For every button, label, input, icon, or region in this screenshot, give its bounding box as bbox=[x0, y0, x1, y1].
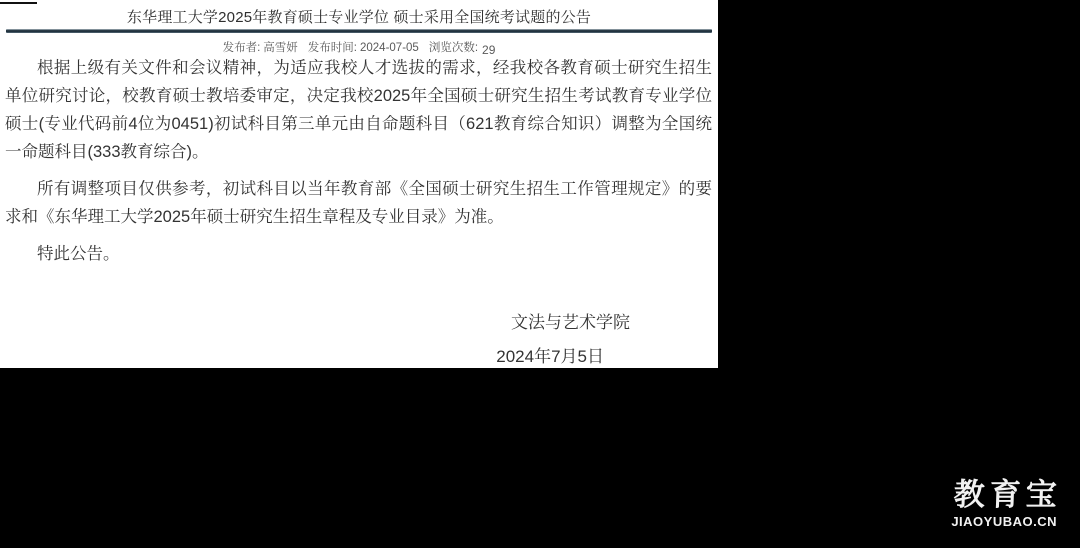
publish-meta-line: 发布者:高雪妍发布时间:2024-07-05浏览次数:29 bbox=[0, 39, 718, 55]
watermark-brand-chinese: 教育宝 bbox=[951, 479, 1063, 510]
announcement-body: 根据上级有关文件和会议精神，为适应我校人才选拔的需求，经我校各教育硕士研究生招生… bbox=[5, 54, 712, 268]
announcement-title: 东华理工大学2025年教育硕士专业学位 硕士采用全国统考试题的公告 bbox=[0, 6, 718, 27]
publish-time-value: 2024-07-05 bbox=[360, 42, 419, 54]
watermark-brand-url: JIAOYUBAO.CN bbox=[951, 515, 1057, 528]
announcement-document: 东华理工大学2025年教育硕士专业学位 硕士采用全国统考试题的公告 发布者:高雪… bbox=[0, 0, 718, 368]
publisher-name: 高雪妍 bbox=[263, 42, 298, 54]
publish-time-label: 发布时间: bbox=[308, 42, 357, 54]
signature-department: 文法与艺术学院 bbox=[0, 308, 718, 333]
title-divider-rule bbox=[6, 29, 712, 33]
body-paragraph: 所有调整项目仅供参考，初试科目以当年教育部《全国硕士研究生招生工作管理规定》的要… bbox=[5, 175, 712, 231]
top-left-tick-mark bbox=[0, 2, 37, 4]
view-count-label: 浏览次数: bbox=[429, 42, 478, 54]
body-paragraph: 根据上级有关文件和会议精神，为适应我校人才选拔的需求，经我校各教育硕士研究生招生… bbox=[5, 54, 712, 166]
signature-date: 2024年7月5日 bbox=[0, 342, 718, 367]
body-paragraph-closing: 特此公告。 bbox=[5, 240, 712, 268]
page-background: 东华理工大学2025年教育硕士专业学位 硕士采用全国统考试题的公告 发布者:高雪… bbox=[0, 0, 1080, 548]
jiaoyubao-watermark-logo: 教育宝 JIAOYUBAO.CN bbox=[951, 479, 1057, 528]
publisher-label: 发布者: bbox=[223, 42, 261, 54]
